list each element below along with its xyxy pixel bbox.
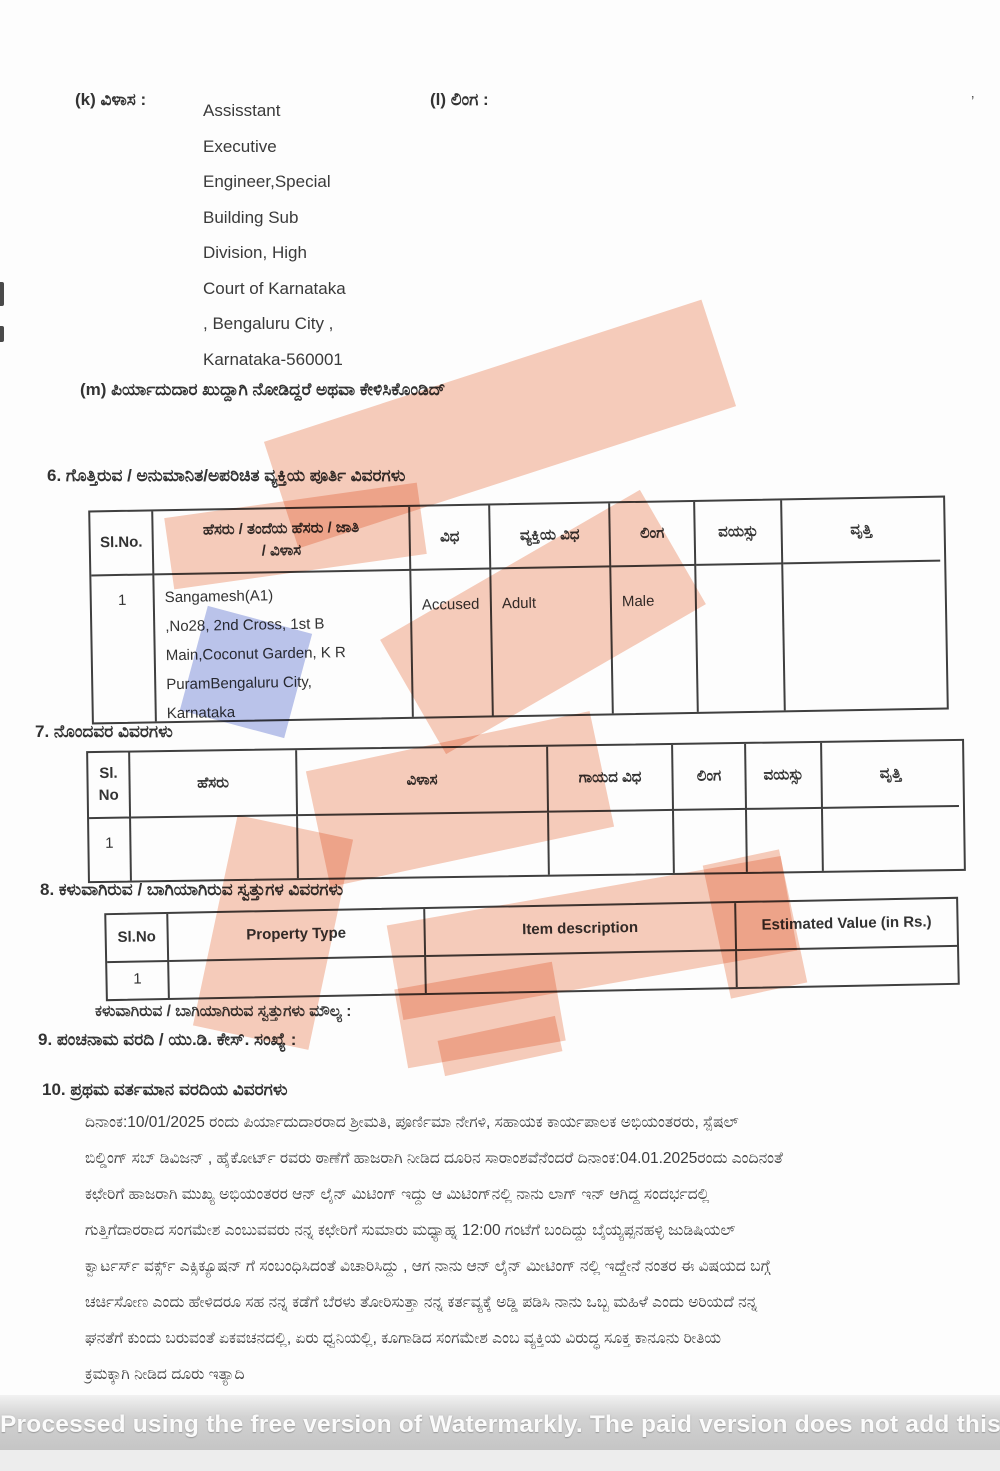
field-k-value-line: Karnataka-560001 [203, 342, 346, 378]
paragraph-line: ಕಛೇರಿಗೆ ಹಾಜರಾಗಿ ಮುಖ್ಯ ಅಭಿಯಂತರರ ಆನ್ ಲೈನ್ … [85, 1177, 955, 1213]
section7-col-age: ವಯಸ್ಸು [746, 743, 823, 810]
field-k-value-line: Division, High [203, 235, 346, 271]
paragraph-line: ಗುತ್ತಿಗೆದಾರರಾದ ಸಂಗಮೇಶ ಎಂಬುವವರು ನನ್ನ ಕಛೇರ… [85, 1213, 955, 1249]
section6-col-occupation: ವೃತ್ತಿ [782, 498, 940, 565]
field-k-value-line: Assisstant [203, 93, 346, 129]
section6-row1-slno: 1 [91, 575, 157, 722]
paragraph-line: ಬಿಲ್ಡಿಂಗ್ ಸಬ್ ಡಿವಿಜನ್ , ಹೈಕೋರ್ಟ್ ರವರು ಠಾ… [85, 1141, 955, 1177]
section8-col-slno: Sl.No [106, 914, 169, 963]
field-l-label: (l) ಲಿಂಗ : [430, 90, 489, 110]
paragraph-line: ದಿನಾಂಕ:10/01/2025 ರಂದು ಪಿರ್ಯಾದುದಾರರಾದ ಶ್… [85, 1105, 955, 1141]
section7-col-slno: Sl. No [88, 753, 131, 820]
scan-edge-artifact [0, 282, 4, 306]
section7-col-name: ಹೆಸರು [130, 750, 298, 818]
section7-col-gender: ಲಿಂಗ [673, 744, 747, 811]
section7-col-occupation: ವೃತ್ತಿ [822, 741, 959, 809]
paragraph-line: ಕ್ವಾರ್ಟರ್ಸ್ ವರ್ಕ್ಸ್ ಎಕ್ಸಿಕ್ಯೂಷನ್ ಗೆ ಸಂಬಂ… [85, 1249, 955, 1285]
section6-col-slno: Sl.No. [90, 511, 154, 576]
field-m-label: (m) ಪಿರ್ಯಾದುದಾರ ಖುದ್ದಾಗಿ ನೋಡಿದ್ದರೆ ಅಥವಾ … [80, 380, 445, 400]
field-k-value-line: Court of Karnataka [203, 271, 346, 307]
field-k-value-line: , Bengaluru City , [203, 306, 346, 342]
page-bottom-strip [0, 1450, 1000, 1471]
scan-edge-artifact [0, 326, 4, 342]
section6-col-age: ವಯಸ್ಸು [695, 500, 783, 566]
section8-row1-slno: 1 [107, 962, 170, 999]
watermarkly-bar-text: Processed using the free version of Wate… [0, 1402, 1000, 1448]
section7-row1-slno: 1 [89, 819, 132, 882]
scan-speck-mark: ’ [971, 93, 974, 110]
section7-row1-occupation [823, 807, 960, 871]
paragraph-line: ಚರ್ಚಿಸೋಣ ಎಂದು ಹೇಳಿದರೂ ಸಹ ನನ್ನ ಕಡೆಗೆ ಬೆರಳ… [85, 1285, 955, 1321]
section10-paragraph: ದಿನಾಂಕ:10/01/2025 ರಂದು ಪಿರ್ಯಾದುದಾರರಾದ ಶ್… [85, 1105, 955, 1393]
section10-heading: 10. ಪ್ರಥಮ ವರ್ತಮಾನ ವರದಿಯ ವಿವರಗಳು [42, 1080, 287, 1100]
field-k-value-line: Building Sub [203, 200, 346, 236]
scanned-fir-document-page: ’ (k) ವಿಳಾಸ : Assisstant Executive Engin… [0, 0, 1000, 1471]
field-k-value-line: Executive [203, 129, 346, 165]
section6-row1-age [696, 564, 786, 711]
section7-heading: 7. ನೊಂದವರ ವಿವರಗಳು [35, 722, 173, 742]
paragraph-line: ಕ್ರಮಕ್ಕಾಗಿ ನೀಡಿದ ದೂರು ಇತ್ಯಾದಿ [85, 1357, 955, 1393]
paragraph-line: ಘನತೆಗೆ ಕುಂದು ಬರುವಂತೆ ಏಕವಚನದಲ್ಲಿ, ಏರು ಧ್ವ… [85, 1321, 955, 1357]
field-k-label: (k) ವಿಳಾಸ : [75, 90, 146, 110]
field-k-value-line: Engineer,Special [203, 164, 346, 200]
section6-row1-occupation [783, 562, 943, 711]
field-k-value: Assisstant Executive Engineer,Special Bu… [203, 93, 346, 377]
